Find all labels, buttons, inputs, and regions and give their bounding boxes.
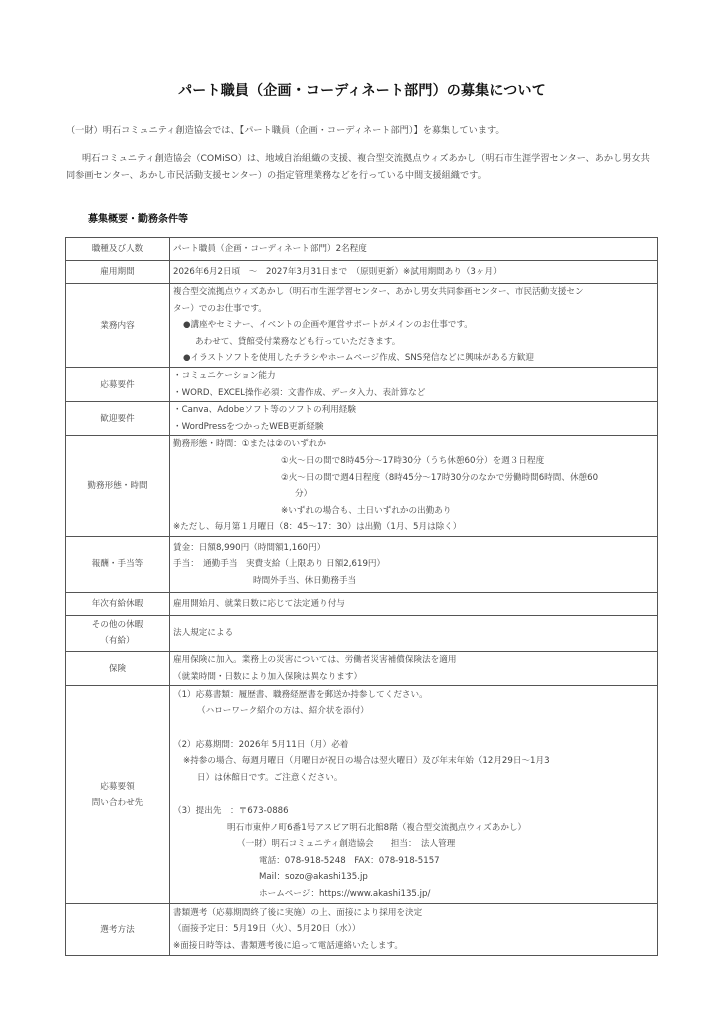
address-line: 明石市東仲ノ町6番1号アスピア明石北館8階（複合型交流拠点ウィズあかし） bbox=[173, 820, 654, 837]
section-heading: 募集概要・勤務条件等 bbox=[88, 210, 188, 225]
table-row-duties: 業務内容 複合型交流拠点ウィズあかし（明石市生涯学習センター、あかし男女共同参画… bbox=[66, 284, 658, 368]
value-line: 手当： 通勤手当 実費支給（上限あり 日額2,619円） bbox=[173, 556, 654, 573]
value-line: ※面接日時等は、書類選考後に追って電話連絡いたします。 bbox=[173, 938, 654, 955]
page-title: パート職員（企画・コーディネート部門）の募集について bbox=[0, 80, 724, 100]
blank-line bbox=[173, 720, 654, 737]
value-line: 複合型交流拠点ウィズあかし（明石市生涯学習センター、あかし男女共同参画センター、… bbox=[173, 284, 654, 301]
value-line: 日）は休館日です。ご注意ください。 bbox=[173, 770, 654, 787]
value-line: （就業時間・日数により加入保険は異なります） bbox=[173, 669, 654, 686]
row-value: 書類選考（応募期間終了後に実施）の上、面接により採用を決定 （面接予定日：5月1… bbox=[170, 904, 658, 956]
row-value: ・Canva、Adobeソフト等のソフトの利用経験 ・WordPressをつかっ… bbox=[170, 402, 658, 436]
recruitment-conditions-table: 職種及び人数 パート職員（企画・コーディネート部門）2名程度 雇用期間 2026… bbox=[65, 237, 658, 956]
value-line: ※いずれの場合も、土日いずれかの出勤あり bbox=[173, 503, 654, 520]
value-line: あわせて、貸館受付業務なども行っていただきます。 bbox=[173, 334, 654, 351]
label-line: （有給） bbox=[66, 633, 169, 649]
table-row-requirements: 応募要件 ・コミュニケーション能力 ・WORD、EXCEL操作必須：文書作成、デ… bbox=[66, 368, 658, 402]
table-row-paid-leave: 年次有給休暇 雇用開始月、就業日数に応じて法定通り付与 bbox=[66, 592, 658, 615]
label-line: その他の休暇 bbox=[66, 617, 169, 633]
organization-description: 明石コミュニティ創造協会（COMiSO）は、地域自治組織の支援、複合型交流拠点ウ… bbox=[66, 150, 658, 184]
table-row-other-leave: その他の休暇 （有給） 法人規定による bbox=[66, 615, 658, 651]
table-row-selection-method: 選考方法 書類選考（応募期間終了後に実施）の上、面接により採用を決定 （面接予定… bbox=[66, 904, 658, 956]
row-label: 選考方法 bbox=[66, 904, 170, 956]
value-line: 雇用保険に加入。業務上の災害については、労働者災害補償保険法を適用 bbox=[173, 652, 654, 669]
row-value: 複合型交流拠点ウィズあかし（明石市生涯学習センター、あかし男女共同参画センター、… bbox=[170, 284, 658, 368]
table-row-insurance: 保険 雇用保険に加入。業務上の災害については、労働者災害補償保険法を適用 （就業… bbox=[66, 651, 658, 685]
bullet-line: ●イラストソフトを使用したチラシやホームページ作成、SNS発信などに興味がある方… bbox=[173, 350, 654, 367]
row-value: 賃金：日額8,990円（時間額1,160円） 手当： 通勤手当 実費支給（上限あ… bbox=[170, 536, 658, 592]
email-line[interactable]: Mail：sozo@akashi135.jp bbox=[173, 869, 654, 886]
value-line: （ハローワーク紹介の方は、紹介状を添付） bbox=[173, 703, 654, 720]
table-row-preferred: 歓迎要件 ・Canva、Adobeソフト等のソフトの利用経験 ・WordPres… bbox=[66, 402, 658, 436]
value-line: ①火～日の間で8時45分～17時30分（うち休憩60分）を週３日程度 bbox=[173, 453, 654, 470]
row-value: 法人規定による bbox=[170, 615, 658, 651]
value-line: ※持参の場合、毎週月曜日（月曜日が祝日の場合は翌火曜日）及び年末年始（12月29… bbox=[173, 753, 654, 770]
value-line: 雇用開始月、就業日数に応じて法定通り付与 bbox=[173, 596, 654, 613]
row-value: （1）応募書類：履歴書、職務経歴書を郵送か持参してください。 （ハローワーク紹介… bbox=[170, 686, 658, 904]
row-label: 職種及び人数 bbox=[66, 238, 170, 261]
value-line: 勤務形態・時間：①または②のいずれか bbox=[173, 436, 654, 453]
table-row-work-hours: 勤務形態・時間 勤務形態・時間：①または②のいずれか ①火～日の間で8時45分～… bbox=[66, 436, 658, 537]
table-row-compensation: 報酬・手当等 賃金：日額8,990円（時間額1,160円） 手当： 通勤手当 実… bbox=[66, 536, 658, 592]
value-line: （1）応募書類：履歴書、職務経歴書を郵送か持参してください。 bbox=[173, 687, 654, 704]
value-line: 時間外手当、休日勤務手当 bbox=[173, 573, 654, 590]
row-value: 雇用保険に加入。業務上の災害については、労働者災害補償保険法を適用 （就業時間・… bbox=[170, 651, 658, 685]
value-line: ター）でのお仕事です。 bbox=[173, 301, 654, 318]
row-label: 勤務形態・時間 bbox=[66, 436, 170, 537]
row-value: ・コミュニケーション能力 ・WORD、EXCEL操作必須：文書作成、データ入力、… bbox=[170, 368, 658, 402]
value-line: ※ただし、毎月第１月曜日（8：45～17：30）は出勤（1月、5月は除く） bbox=[173, 519, 654, 536]
intro-text: （一財）明石コミュニティ創造協会では、【パート職員（企画・コーディネート部門）】… bbox=[66, 122, 505, 136]
value-line: ・WORD、EXCEL操作必須：文書作成、データ入力、表計算など bbox=[173, 385, 654, 402]
value-line: ・WordPressをつかったWEB更新経験 bbox=[173, 419, 654, 436]
row-label: 保険 bbox=[66, 651, 170, 685]
value-line: パート職員（企画・コーディネート部門）2名程度 bbox=[173, 241, 654, 258]
table-row-application-contact: 応募要領 問い合わせ先 （1）応募書類：履歴書、職務経歴書を郵送か持参してくださ… bbox=[66, 686, 658, 904]
table-row-job-type: 職種及び人数 パート職員（企画・コーディネート部門）2名程度 bbox=[66, 238, 658, 261]
value-line: 2026年6月2日頃 ～ 2027年3月31日まで （原則更新）※試用期間あり（… bbox=[173, 264, 654, 281]
table-row-employment-period: 雇用期間 2026年6月2日頃 ～ 2027年3月31日まで （原則更新）※試用… bbox=[66, 261, 658, 284]
phone-fax-line: 電話：078-918-5248 FAX：078-918-5157 bbox=[173, 853, 654, 870]
row-value: 勤務形態・時間：①または②のいずれか ①火～日の間で8時45分～17時30分（う… bbox=[170, 436, 658, 537]
bullet-line: ●講座やセミナー、イベントの企画や運営サポートがメインのお仕事です。 bbox=[173, 317, 654, 334]
label-line: 応募要領 bbox=[66, 779, 169, 795]
row-label: 応募要領 問い合わせ先 bbox=[66, 686, 170, 904]
row-value: 2026年6月2日頃 ～ 2027年3月31日まで （原則更新）※試用期間あり（… bbox=[170, 261, 658, 284]
row-label: その他の休暇 （有給） bbox=[66, 615, 170, 651]
homepage-link[interactable]: ホームページ：https://www.akashi135.jp/ bbox=[173, 886, 654, 903]
value-line: （2）応募期間：2026年 5月11日（月）必着 bbox=[173, 737, 654, 754]
row-label: 年次有給休暇 bbox=[66, 592, 170, 615]
value-line: ・コミュニケーション能力 bbox=[173, 368, 654, 385]
organization-contact-line: （一財）明石コミュニティ創造協会 担当： 法人管理 bbox=[173, 836, 654, 853]
value-line: （面接予定日：5月19日（火）、5月20日（水）） bbox=[173, 921, 654, 938]
value-line: 書類選考（応募期間終了後に実施）の上、面接により採用を決定 bbox=[173, 905, 654, 922]
value-line: ・Canva、Adobeソフト等のソフトの利用経験 bbox=[173, 402, 654, 419]
value-line: （3）提出先 ：〒673-0886 bbox=[173, 803, 654, 820]
row-label: 応募要件 bbox=[66, 368, 170, 402]
row-label: 歓迎要件 bbox=[66, 402, 170, 436]
value-line: 分） bbox=[173, 486, 654, 503]
row-label: 雇用期間 bbox=[66, 261, 170, 284]
row-value: 雇用開始月、就業日数に応じて法定通り付与 bbox=[170, 592, 658, 615]
row-value: パート職員（企画・コーディネート部門）2名程度 bbox=[170, 238, 658, 261]
label-line: 問い合わせ先 bbox=[66, 795, 169, 811]
row-label: 業務内容 bbox=[66, 284, 170, 368]
blank-line bbox=[173, 786, 654, 803]
row-label: 報酬・手当等 bbox=[66, 536, 170, 592]
value-line: 賃金：日額8,990円（時間額1,160円） bbox=[173, 540, 654, 557]
value-line: 法人規定による bbox=[173, 625, 654, 642]
value-line: ②火～日の間で週4日程度（8時45分～17時30分のなかで労働時間6時間、休憩6… bbox=[173, 470, 654, 487]
